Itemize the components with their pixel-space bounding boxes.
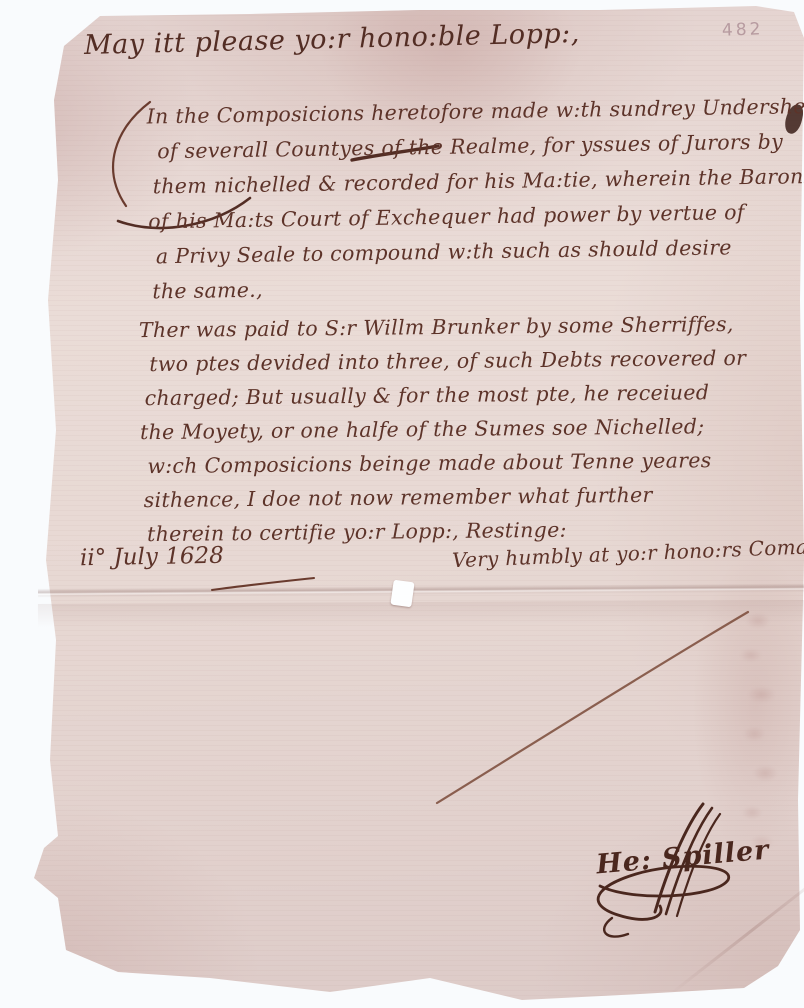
- paper-hole: [390, 580, 414, 608]
- scanned-manuscript-page: { "page": { "catalog_number": "482" }, "…: [0, 0, 804, 1008]
- date-line: ii° July 1628: [80, 543, 224, 572]
- body-paragraph-2: Ther was paid to S:r Willm Brunker by so…: [139, 307, 748, 551]
- body-paragraph-1: In the Composicions heretofore made w:th…: [146, 89, 804, 310]
- body-line: w:ch Composicions beinge made about Tenn…: [147, 443, 747, 483]
- ink-bleedthrough-marks: [722, 606, 794, 852]
- fold-shadow: [38, 600, 804, 630]
- catalog-number-pencil: 482: [722, 19, 764, 40]
